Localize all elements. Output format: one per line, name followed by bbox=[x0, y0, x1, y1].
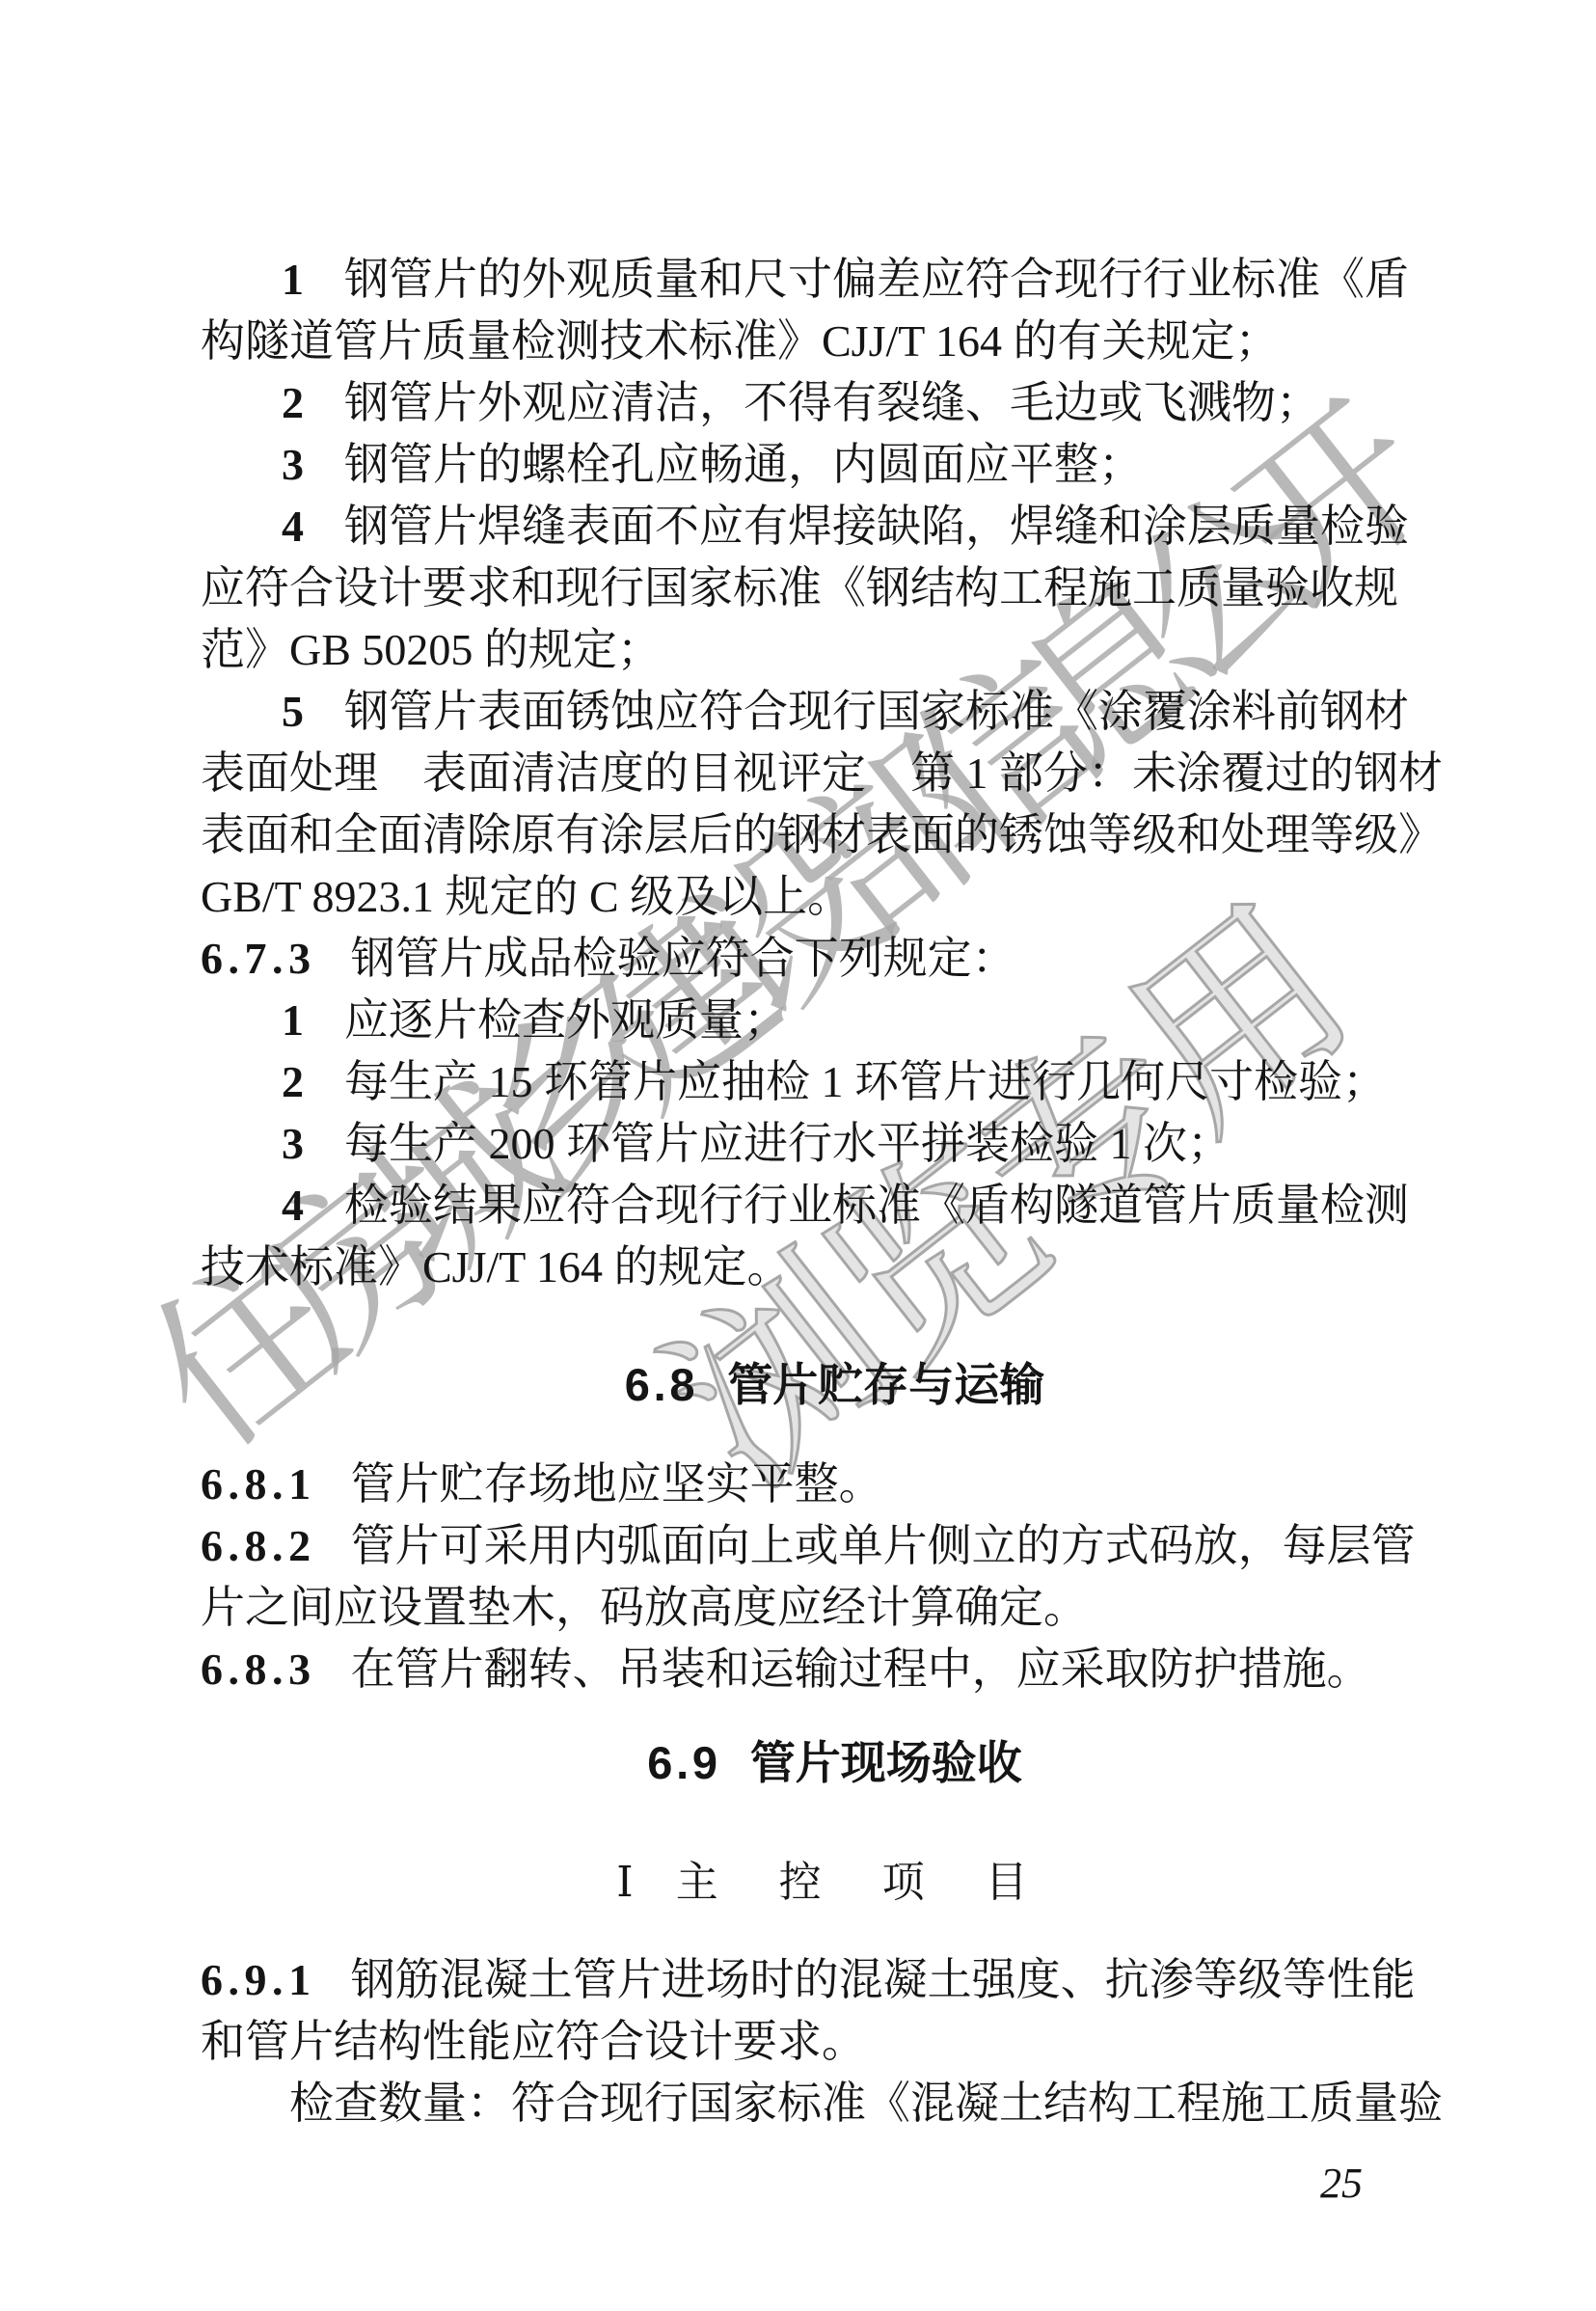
roman-numeral: Ⅰ bbox=[616, 1859, 633, 1906]
item-number: 1 bbox=[282, 995, 304, 1045]
clause-number: 6.8.1 bbox=[201, 1459, 316, 1509]
clause-line-6-7-3: 6.7.3钢管片成品检验应符合下列规定： bbox=[201, 928, 1469, 990]
subsection-heading-main-control-items: Ⅰ主 控 项 目 bbox=[201, 1852, 1469, 1914]
item-number: 3 bbox=[282, 440, 304, 489]
item-line: 3钢管片的螺栓孔应畅通，内圆面应平整； bbox=[201, 434, 1469, 496]
item-number: 2 bbox=[282, 378, 304, 427]
item-number: 2 bbox=[282, 1057, 304, 1106]
text-line: 构隧道管片质量检测技术标准》CJJ/T 164 的有关规定； bbox=[201, 311, 1469, 372]
section-title: 管片现场验收 bbox=[750, 1737, 1022, 1788]
item-line: 4钢管片焊缝表面不应有焊接缺陷，焊缝和涂层质量检验 bbox=[201, 496, 1469, 557]
subsection-title: 主 控 项 目 bbox=[676, 1859, 1053, 1906]
section-heading-6-8: 6.8管片贮存与运输 bbox=[201, 1354, 1469, 1416]
item-line: 2每生产 15 环管片应抽检 1 环管片进行几何尺寸检验； bbox=[201, 1051, 1469, 1113]
clause-number: 6.7.3 bbox=[201, 934, 316, 983]
item-number: 1 bbox=[282, 255, 304, 304]
clause-line-6-8-3: 6.8.3在管片翻转、吊装和运输过程中，应采取防护措施。 bbox=[201, 1639, 1469, 1700]
item-text: 钢管片焊缝表面不应有焊接缺陷，焊缝和涂层质量检验 bbox=[344, 502, 1409, 551]
text-column: 1钢管片的外观质量和尺寸偏差应符合现行行业标准《盾 构隧道管片质量检测技术标准》… bbox=[201, 249, 1469, 2134]
section-number: 6.8 bbox=[625, 1359, 699, 1410]
item-line: 4检验结果应符合现行行业标准《盾构隧道管片质量检测 bbox=[201, 1175, 1469, 1237]
item-text: 每生产 200 环管片应进行水平拼装检验 1 次； bbox=[344, 1119, 1231, 1168]
text-line: 范》GB 50205 的规定； bbox=[201, 619, 1469, 681]
section-number: 6.9 bbox=[647, 1737, 721, 1788]
text-line: 表面处理 表面清洁度的目视评定 第 1 部分：未涂覆过的钢材 bbox=[201, 743, 1469, 804]
item-line: 1钢管片的外观质量和尺寸偏差应符合现行行业标准《盾 bbox=[201, 249, 1469, 311]
text-line: 应符合设计要求和现行国家标准《钢结构工程施工质量验收规 bbox=[201, 557, 1469, 619]
item-text: 钢管片表面锈蚀应符合现行国家标准《涂覆涂料前钢材 bbox=[344, 687, 1409, 736]
text-line: 片之间应设置垫木，码放高度应经计算确定。 bbox=[201, 1577, 1469, 1639]
item-line: 2钢管片外观应清洁，不得有裂缝、毛边或飞溅物； bbox=[201, 372, 1469, 434]
item-text: 每生产 15 环管片应抽检 1 环管片进行几何尺寸检验； bbox=[344, 1057, 1387, 1106]
item-line: 1应逐片检查外观质量； bbox=[201, 990, 1469, 1051]
text-line: GB/T 8923.1 规定的 C 级及以上。 bbox=[201, 866, 1469, 928]
item-number: 4 bbox=[282, 1181, 304, 1230]
item-line: 5钢管片表面锈蚀应符合现行国家标准《涂覆涂料前钢材 bbox=[201, 681, 1469, 743]
item-number: 5 bbox=[282, 687, 304, 736]
section-heading-6-9: 6.9管片现场验收 bbox=[201, 1732, 1469, 1794]
item-text: 钢管片的螺栓孔应畅通，内圆面应平整； bbox=[344, 440, 1143, 489]
page-number: 25 bbox=[1320, 2159, 1363, 2208]
clause-text: 管片贮存场地应坚实平整。 bbox=[351, 1459, 883, 1509]
paragraph-line: 检查数量：符合现行国家标准《混凝土结构工程施工质量验 bbox=[201, 2073, 1469, 2134]
clause-number: 6.8.2 bbox=[201, 1521, 316, 1570]
item-text: 应逐片检查外观质量； bbox=[344, 995, 788, 1045]
text-line: 技术标准》CJJ/T 164 的规定。 bbox=[201, 1237, 1469, 1298]
document-page: 住房城乡建设部信息公开 浏览专用 1钢管片的外观质量和尺寸偏差应符合现行行业标准… bbox=[0, 0, 1596, 2311]
clause-text: 在管片翻转、吊装和运输过程中，应采取防护措施。 bbox=[351, 1645, 1371, 1694]
item-number: 4 bbox=[282, 502, 304, 551]
item-text: 检验结果应符合现行行业标准《盾构隧道管片质量检测 bbox=[344, 1181, 1409, 1230]
clause-line-6-9-1: 6.9.1钢筋混凝土管片进场时的混凝土强度、抗渗等级等性能 bbox=[201, 1949, 1469, 2011]
clause-number: 6.9.1 bbox=[201, 1955, 316, 2004]
clause-text: 钢管片成品检验应符合下列规定： bbox=[351, 934, 1016, 983]
item-line: 3每生产 200 环管片应进行水平拼装检验 1 次； bbox=[201, 1113, 1469, 1175]
clause-line-6-8-2: 6.8.2管片可采用内弧面向上或单片侧立的方式码放，每层管 bbox=[201, 1515, 1469, 1577]
section-title: 管片贮存与运输 bbox=[727, 1359, 1044, 1410]
text-line: 表面和全面清除原有涂层后的钢材表面的锈蚀等级和处理等级》 bbox=[201, 804, 1469, 866]
item-text: 钢管片外观应清洁，不得有裂缝、毛边或飞溅物； bbox=[344, 378, 1320, 427]
item-text: 钢管片的外观质量和尺寸偏差应符合现行行业标准《盾 bbox=[344, 255, 1409, 304]
clause-number: 6.8.3 bbox=[201, 1645, 316, 1694]
item-number: 3 bbox=[282, 1119, 304, 1168]
clause-text: 管片可采用内弧面向上或单片侧立的方式码放，每层管 bbox=[351, 1521, 1416, 1570]
clause-text: 钢筋混凝土管片进场时的混凝土强度、抗渗等级等性能 bbox=[351, 1955, 1416, 2004]
text-line: 和管片结构性能应符合设计要求。 bbox=[201, 2011, 1469, 2073]
clause-line-6-8-1: 6.8.1管片贮存场地应坚实平整。 bbox=[201, 1454, 1469, 1515]
